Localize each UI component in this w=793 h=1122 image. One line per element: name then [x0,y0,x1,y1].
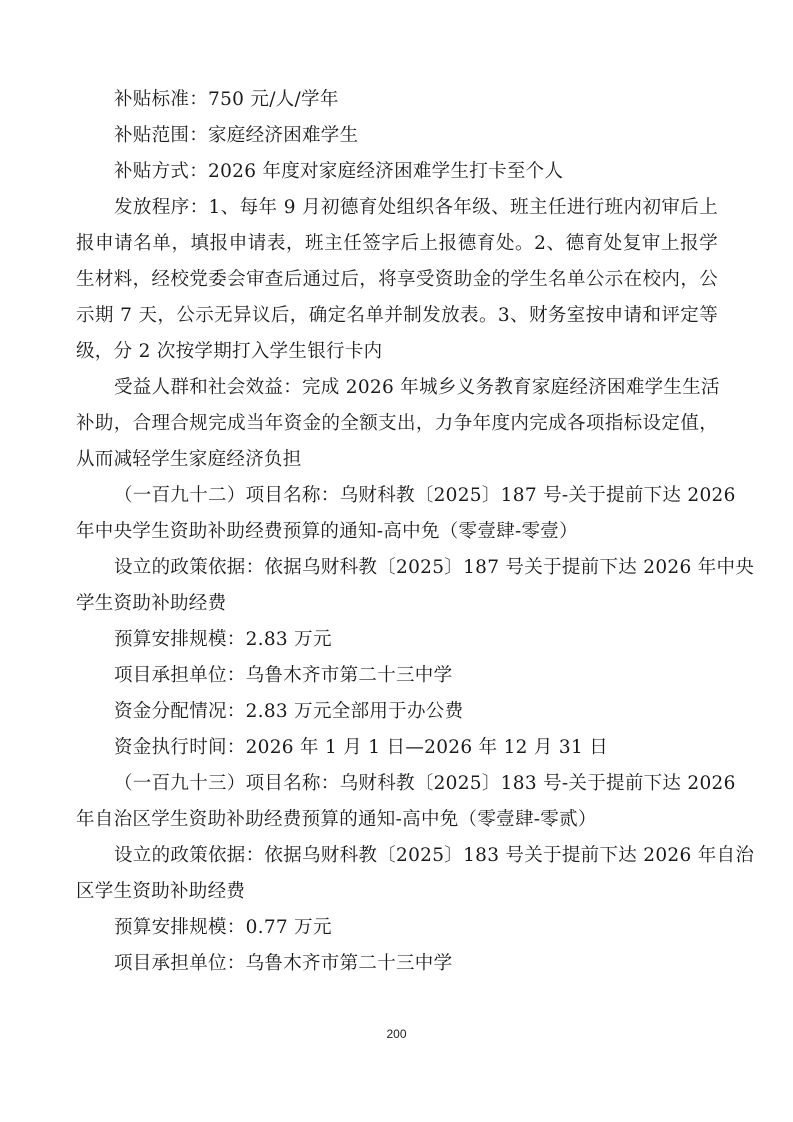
subsidy-standard: 补贴标准：750 元/人/学年 [114,89,718,111]
project-192-budget-scale: 预算安排规模：2.83 万元 [114,629,718,651]
project-192-policy-basis-line-1: 设立的政策依据：依据乌财科教〔2025〕187 号关于提前下达 2026 年中央 [114,557,718,579]
distribution-procedure-line-4: 示期 7 天，公示无异议后，确定名单并制发放表。3、财务室按申请和评定等 [76,305,718,327]
subsidy-scope: 补贴范围：家庭经济困难学生 [114,125,718,147]
project-192-undertaking-unit: 项目承担单位：乌鲁木齐市第二十三中学 [114,665,718,687]
beneficiaries-line-1: 受益人群和社会效益：完成 2026 年城乡义务教育家庭经济困难学生生活 [114,377,718,399]
distribution-procedure-line-1: 发放程序：1、每年 9 月初德育处组织各年级、班主任进行班内初审后上 [114,197,718,219]
beneficiaries-line-3: 从而减轻学生家庭经济负担 [76,449,718,471]
project-192-policy-basis-line-2: 学生资助补助经费 [76,593,718,615]
page-number: 200 [0,1027,793,1041]
beneficiaries-line-2: 补助，合理合规完成当年资金的全额支出，力争年度内完成各项指标设定值， [76,413,718,435]
distribution-procedure-line-2: 报申请名单，填报申请表，班主任签字后上报德育处。2、德育处复审上报学 [76,233,718,255]
project-193-policy-basis-line-2: 区学生资助补助经费 [76,881,718,903]
project-193-undertaking-unit: 项目承担单位：乌鲁木齐市第二十三中学 [114,953,718,975]
project-193-name-line-2: 年自治区学生资助补助经费预算的通知-高中免（零壹肆-零贰） [76,809,718,831]
project-193-name-line-1: （一百九十三）项目名称：乌财科教〔2025〕183 号-关于提前下达 2026 [114,773,718,795]
project-193-budget-scale: 预算安排规模：0.77 万元 [114,917,718,939]
project-192-name-line-1: （一百九十二）项目名称：乌财科教〔2025〕187 号-关于提前下达 2026 [114,485,718,507]
project-192-fund-allocation: 资金分配情况：2.83 万元全部用于办公费 [114,701,718,723]
distribution-procedure-line-3: 生材料，经校党委会审查后通过后，将享受资助金的学生名单公示在校内，公 [76,269,718,291]
distribution-procedure-line-5: 级，分 2 次按学期打入学生银行卡内 [76,341,718,363]
project-193-policy-basis-line-1: 设立的政策依据：依据乌财科教〔2025〕183 号关于提前下达 2026 年自治 [114,845,718,867]
project-192-execution-time: 资金执行时间：2026 年 1 月 1 日—2026 年 12 月 31 日 [114,737,718,759]
document-page: 补贴标准：750 元/人/学年 补贴范围：家庭经济困难学生 补贴方式：2026 … [0,0,793,1122]
project-192-name-line-2: 年中央学生资助补助经费预算的通知-高中免（零壹肆-零壹） [76,521,718,543]
subsidy-method: 补贴方式：2026 年度对家庭经济困难学生打卡至个人 [114,161,718,183]
